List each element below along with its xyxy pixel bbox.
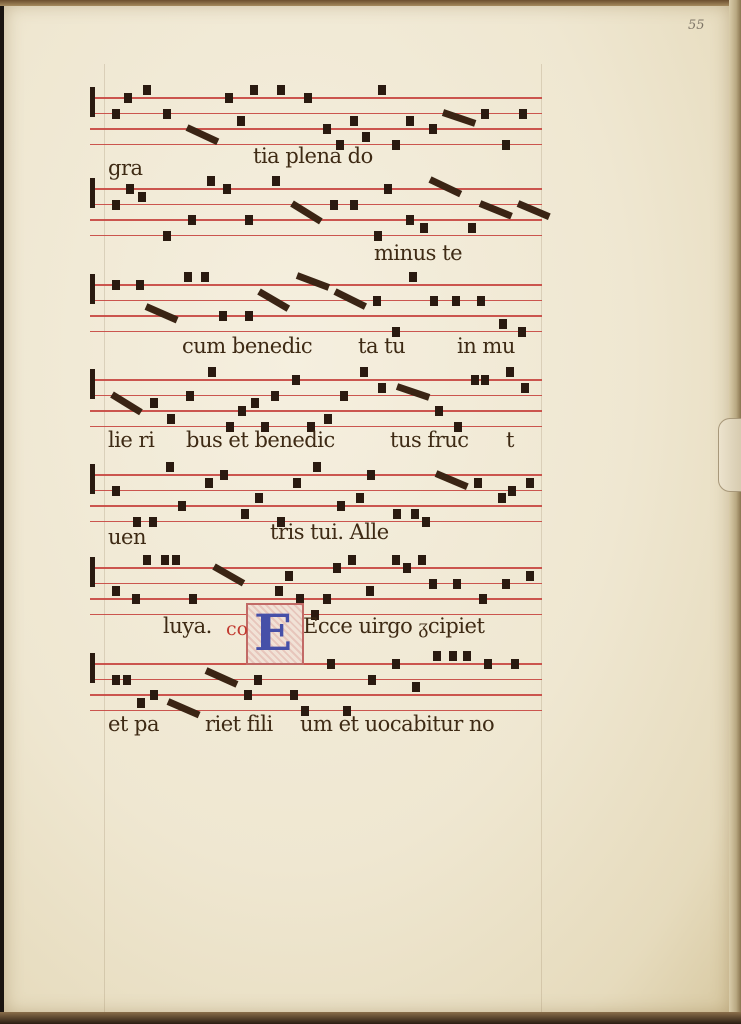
square-note: [313, 462, 321, 472]
ligature-neume: [396, 383, 430, 401]
lyric-syllable: ta tu: [358, 334, 405, 358]
lyric-syllable: cum benedic: [182, 334, 312, 358]
square-note: [449, 651, 457, 661]
staff-line: [90, 97, 542, 99]
staff-line: [90, 410, 542, 412]
square-note: [124, 93, 132, 103]
square-note: [143, 555, 151, 565]
square-note: [324, 414, 332, 424]
square-note: [207, 176, 215, 186]
staff: [90, 474, 542, 524]
square-note: [178, 501, 186, 511]
square-note: [188, 215, 196, 225]
staff-line: [90, 490, 542, 492]
square-note: [163, 231, 171, 241]
square-note: [521, 383, 529, 393]
square-note: [138, 192, 146, 202]
square-note: [275, 586, 283, 596]
square-note: [241, 509, 249, 519]
square-note: [368, 675, 376, 685]
square-note: [112, 586, 120, 596]
square-note: [112, 280, 120, 290]
clef-icon: [90, 464, 95, 494]
square-note: [412, 682, 420, 692]
square-note: [272, 176, 280, 186]
square-note: [223, 184, 231, 194]
square-note: [172, 555, 180, 565]
square-note: [453, 579, 461, 589]
staff-line: [90, 567, 542, 569]
square-note: [238, 406, 246, 416]
clef-icon: [90, 653, 95, 683]
staff-line: [90, 474, 542, 476]
square-note: [479, 594, 487, 604]
staff-line: [90, 235, 542, 237]
square-note: [163, 109, 171, 119]
clef-icon: [90, 87, 95, 117]
square-note: [112, 200, 120, 210]
square-note: [150, 690, 158, 700]
square-note: [373, 296, 381, 306]
staff-line: [90, 300, 542, 302]
square-note: [403, 563, 411, 573]
square-note: [184, 272, 192, 282]
staff: [90, 188, 542, 238]
square-note: [292, 375, 300, 385]
square-note: [201, 272, 209, 282]
square-note: [245, 215, 253, 225]
square-note: [519, 109, 527, 119]
square-note: [166, 462, 174, 472]
square-note: [136, 280, 144, 290]
square-note: [245, 311, 253, 321]
square-note: [219, 311, 227, 321]
square-note: [502, 140, 510, 150]
square-note: [271, 391, 279, 401]
square-note: [290, 690, 298, 700]
square-note: [508, 486, 516, 496]
square-note: [430, 296, 438, 306]
lyric-syllable: tris tui. Alle: [270, 520, 389, 544]
square-note: [189, 594, 197, 604]
square-note: [420, 223, 428, 233]
staff-line: [90, 679, 542, 681]
square-note: [205, 478, 213, 488]
staff-line: [90, 395, 542, 397]
lyric-syllable: in mu: [457, 334, 515, 358]
square-note: [499, 319, 507, 329]
staff: [90, 567, 542, 617]
staff-line: [90, 710, 542, 712]
square-note: [250, 85, 258, 95]
square-note: [167, 414, 175, 424]
square-note: [502, 579, 510, 589]
clef-icon: [90, 274, 95, 304]
square-note: [481, 109, 489, 119]
square-note: [409, 272, 417, 282]
lyric-syllable: et pa: [108, 712, 159, 736]
square-note: [484, 659, 492, 669]
square-note: [411, 509, 419, 519]
square-note: [112, 675, 120, 685]
square-note: [277, 85, 285, 95]
staff-line: [90, 204, 542, 206]
square-note: [304, 93, 312, 103]
lyric-syllable: Ecce uirgo ᵹcipiet: [303, 614, 484, 639]
square-note: [356, 493, 364, 503]
page-edge-top: [0, 0, 741, 6]
lyric-syllable: tus fruc: [390, 428, 469, 452]
square-note: [323, 594, 331, 604]
square-note: [350, 116, 358, 126]
square-note: [285, 571, 293, 581]
folio-number: 55: [688, 18, 705, 33]
square-note: [220, 470, 228, 480]
page-edge-right: [729, 0, 741, 1024]
lyric-syllable: gra: [108, 156, 143, 180]
page-edge-bottom: [0, 1012, 741, 1024]
square-note: [468, 223, 476, 233]
square-note: [429, 579, 437, 589]
square-note: [526, 478, 534, 488]
staff-line: [90, 188, 542, 190]
square-note: [126, 184, 134, 194]
square-note: [378, 85, 386, 95]
staff-line: [90, 128, 542, 130]
staff-line: [90, 663, 542, 665]
square-note: [161, 555, 169, 565]
square-note: [418, 555, 426, 565]
square-note: [366, 586, 374, 596]
staff-line: [90, 505, 542, 507]
clef-icon: [90, 369, 95, 399]
square-note: [518, 327, 526, 337]
staff: [90, 663, 542, 713]
square-note: [132, 594, 140, 604]
square-note: [251, 398, 259, 408]
square-note: [367, 470, 375, 480]
square-note: [506, 367, 514, 377]
square-note: [481, 375, 489, 385]
square-note: [337, 501, 345, 511]
square-note: [471, 375, 479, 385]
staff-line: [90, 426, 542, 428]
square-note: [112, 486, 120, 496]
square-note: [208, 367, 216, 377]
square-note: [150, 398, 158, 408]
staff-line: [90, 598, 542, 600]
square-note: [244, 690, 252, 700]
square-note: [526, 571, 534, 581]
ligature-neume: [145, 304, 179, 324]
square-note: [237, 116, 245, 126]
square-note: [255, 493, 263, 503]
ligature-neume: [442, 109, 476, 127]
clef-icon: [90, 178, 95, 208]
square-note: [123, 675, 131, 685]
square-note: [149, 517, 157, 527]
lyric-syllable: riet fili: [205, 712, 273, 736]
staff: [90, 97, 542, 147]
square-note: [293, 478, 301, 488]
square-note: [360, 367, 368, 377]
square-note: [452, 296, 460, 306]
lyric-syllable: t: [506, 428, 514, 452]
square-note: [384, 184, 392, 194]
lyric-syllable: luya.: [163, 614, 212, 638]
square-note: [463, 651, 471, 661]
staff-line: [90, 113, 542, 115]
square-note: [340, 391, 348, 401]
square-note: [112, 109, 120, 119]
ligature-neume: [205, 667, 239, 687]
square-note: [362, 132, 370, 142]
square-note: [433, 651, 441, 661]
square-note: [333, 563, 341, 573]
square-note: [406, 215, 414, 225]
square-note: [474, 478, 482, 488]
lyric-syllable: um et uocabitur no: [300, 712, 494, 736]
lyric-syllable: lie ri: [108, 428, 154, 452]
square-note: [137, 698, 145, 708]
square-note: [406, 116, 414, 126]
square-note: [225, 93, 233, 103]
illuminated-initial: E: [246, 603, 304, 665]
square-note: [348, 555, 356, 565]
square-note: [435, 406, 443, 416]
clef-icon: [90, 557, 95, 587]
square-note: [429, 124, 437, 134]
lyric-syllable: uen: [108, 525, 146, 549]
square-note: [330, 200, 338, 210]
square-note: [392, 140, 400, 150]
initial-letter: E: [254, 607, 292, 659]
square-note: [327, 659, 335, 669]
square-note: [350, 200, 358, 210]
staff-line: [90, 331, 542, 333]
staff: [90, 284, 542, 334]
square-note: [143, 85, 151, 95]
square-note: [378, 383, 386, 393]
square-note: [392, 659, 400, 669]
square-note: [477, 296, 485, 306]
square-note: [422, 517, 430, 527]
square-note: [393, 509, 401, 519]
page-tab: [718, 418, 741, 492]
square-note: [374, 231, 382, 241]
square-note: [511, 659, 519, 669]
square-note: [254, 675, 262, 685]
lyric-syllable: bus et benedic: [186, 428, 335, 452]
lyric-syllable: minus te: [374, 241, 462, 265]
square-note: [392, 555, 400, 565]
square-note: [186, 391, 194, 401]
rubric-text: co: [226, 618, 248, 640]
lyric-syllable: tia plena do: [253, 144, 373, 168]
staff-line: [90, 583, 542, 585]
staff: [90, 379, 542, 429]
square-note: [498, 493, 506, 503]
square-note: [323, 124, 331, 134]
